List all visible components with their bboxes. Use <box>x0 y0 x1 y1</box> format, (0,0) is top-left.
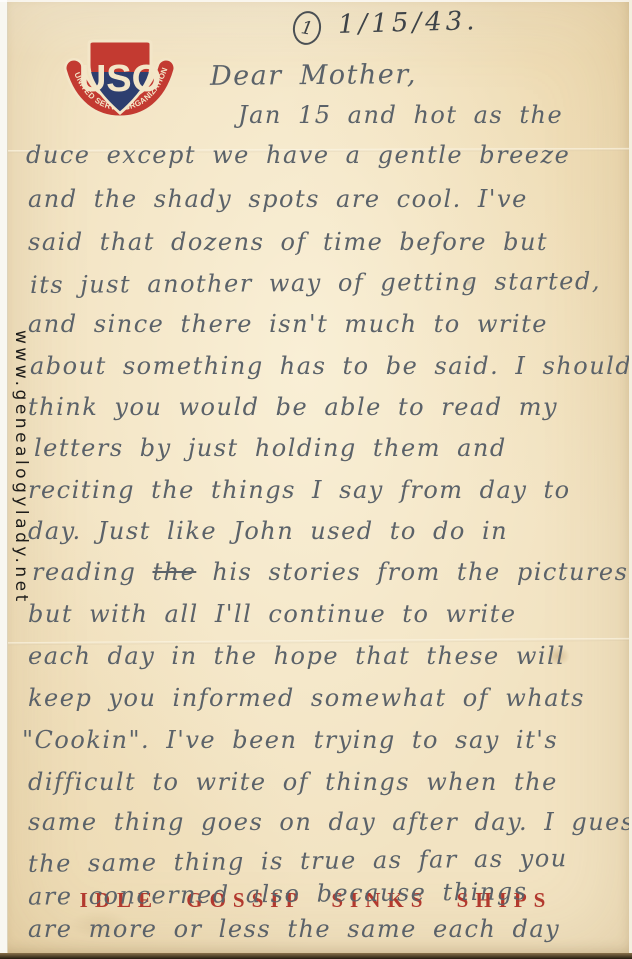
scan-edge-top <box>0 0 632 2</box>
uso-logo: UNITED SERVICE ORGANIZATIONS USO <box>64 34 176 126</box>
letter-line: about something has to be said. I should <box>30 352 632 380</box>
scan-edge-bottom <box>0 953 632 959</box>
struck-word: the <box>152 558 196 586</box>
letter-line-with-strikethrough: reading the his stories from the picture… <box>32 558 632 586</box>
letter-date: 1/15/43. <box>338 6 479 40</box>
letter-line: are concerned also because things <box>28 877 528 910</box>
letter-line: reciting the things I say from day to <box>28 476 571 504</box>
letter-line: day. Just like John used to do in <box>28 517 508 545</box>
line-text: his stories from the pictures, <box>196 558 632 586</box>
letter-line: duce except we have a gentle breeze <box>26 141 570 169</box>
scan-edge-left <box>0 0 8 959</box>
letter-line: the same thing is true as far as you <box>28 844 568 878</box>
letter-line: Jan 15 and hot as the <box>238 101 563 129</box>
letter-line: think you would be able to read my <box>28 393 558 421</box>
letter-line: its just another way of getting started, <box>30 267 601 299</box>
letter-line: difficult to write of things when the <box>28 768 558 796</box>
watermark: www.genealogylady.net <box>11 330 31 605</box>
letter-line: keep you informed somewhat of whats <box>28 684 585 712</box>
letter-line: same thing goes on day after day. I gues… <box>28 808 632 836</box>
letter-line: and since there isn't much to write <box>28 310 548 338</box>
letter-paper: UNITED SERVICE ORGANIZATIONS USO 1 1/15/… <box>0 0 632 959</box>
letter-line: are more or less the same each day <box>28 915 560 943</box>
page-number-badge: 1 <box>290 9 323 47</box>
letter-line: each day in the hope that these will <box>28 642 565 670</box>
line-text: reading <box>32 558 152 586</box>
letter-line: letters by just holding them and <box>34 434 507 462</box>
page-number: 1 <box>300 17 315 40</box>
uso-acronym: USO <box>79 58 161 100</box>
letter-line: but with all I'll continue to write <box>28 600 517 628</box>
salutation: Dear Mother, <box>210 59 417 92</box>
letter-line: and the shady spots are cool. I've <box>28 185 528 213</box>
letter-line: "Cookin". I've been trying to say it's <box>22 726 558 754</box>
letter-line: said that dozens of time before but <box>28 228 548 256</box>
